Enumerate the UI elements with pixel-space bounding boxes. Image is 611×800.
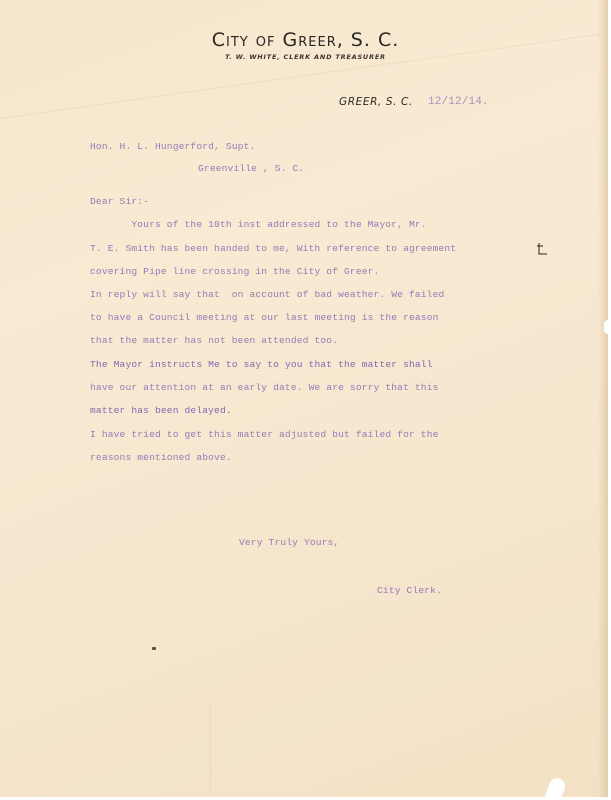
body-line: Yours of the 10th inst addressed to the … [90, 219, 427, 230]
body-line: matter has been delayed. [90, 405, 232, 416]
paper-crease [210, 700, 211, 797]
body-line: that the matter has not been attended to… [90, 335, 338, 346]
body-line: I have tried to get this matter adjusted… [90, 429, 439, 440]
body-line: have our attention at an early date. We … [90, 382, 439, 393]
body-line: covering Pipe line crossing in the City … [90, 266, 379, 277]
body-line: In reply will say that on account of bad… [90, 289, 444, 300]
letterhead-title: City of Greer, S. C. [0, 29, 608, 51]
closing: Very Truly Yours, [239, 537, 339, 548]
recipient-name: Hon. H. L. Hungerford, Supt. [90, 141, 255, 152]
letter-page: City of Greer, S. C. T. W. WHITE, CLERK … [0, 0, 608, 797]
salutation: Dear Sir:- [90, 196, 149, 207]
recipient-location: Greenville , S. C. [198, 163, 304, 174]
handwritten-mark-icon [537, 242, 549, 256]
paper-chip [604, 320, 611, 334]
ink-speck [152, 647, 156, 650]
body-line: The Mayor instructs Me to say to you tha… [90, 359, 433, 370]
letterhead-subtitle: T. W. WHITE, CLERK AND TREASURER [0, 53, 608, 61]
dateline-date: 12/12/14. [428, 96, 489, 108]
body-line: reasons mentioned above. [90, 452, 232, 463]
dateline-place: GREER, S. C. [339, 96, 413, 108]
body-line: to have a Council meeting at our last me… [90, 312, 439, 323]
body-line: T. E. Smith has been handed to me, With … [90, 243, 456, 254]
signature: City Clerk. [377, 585, 442, 596]
